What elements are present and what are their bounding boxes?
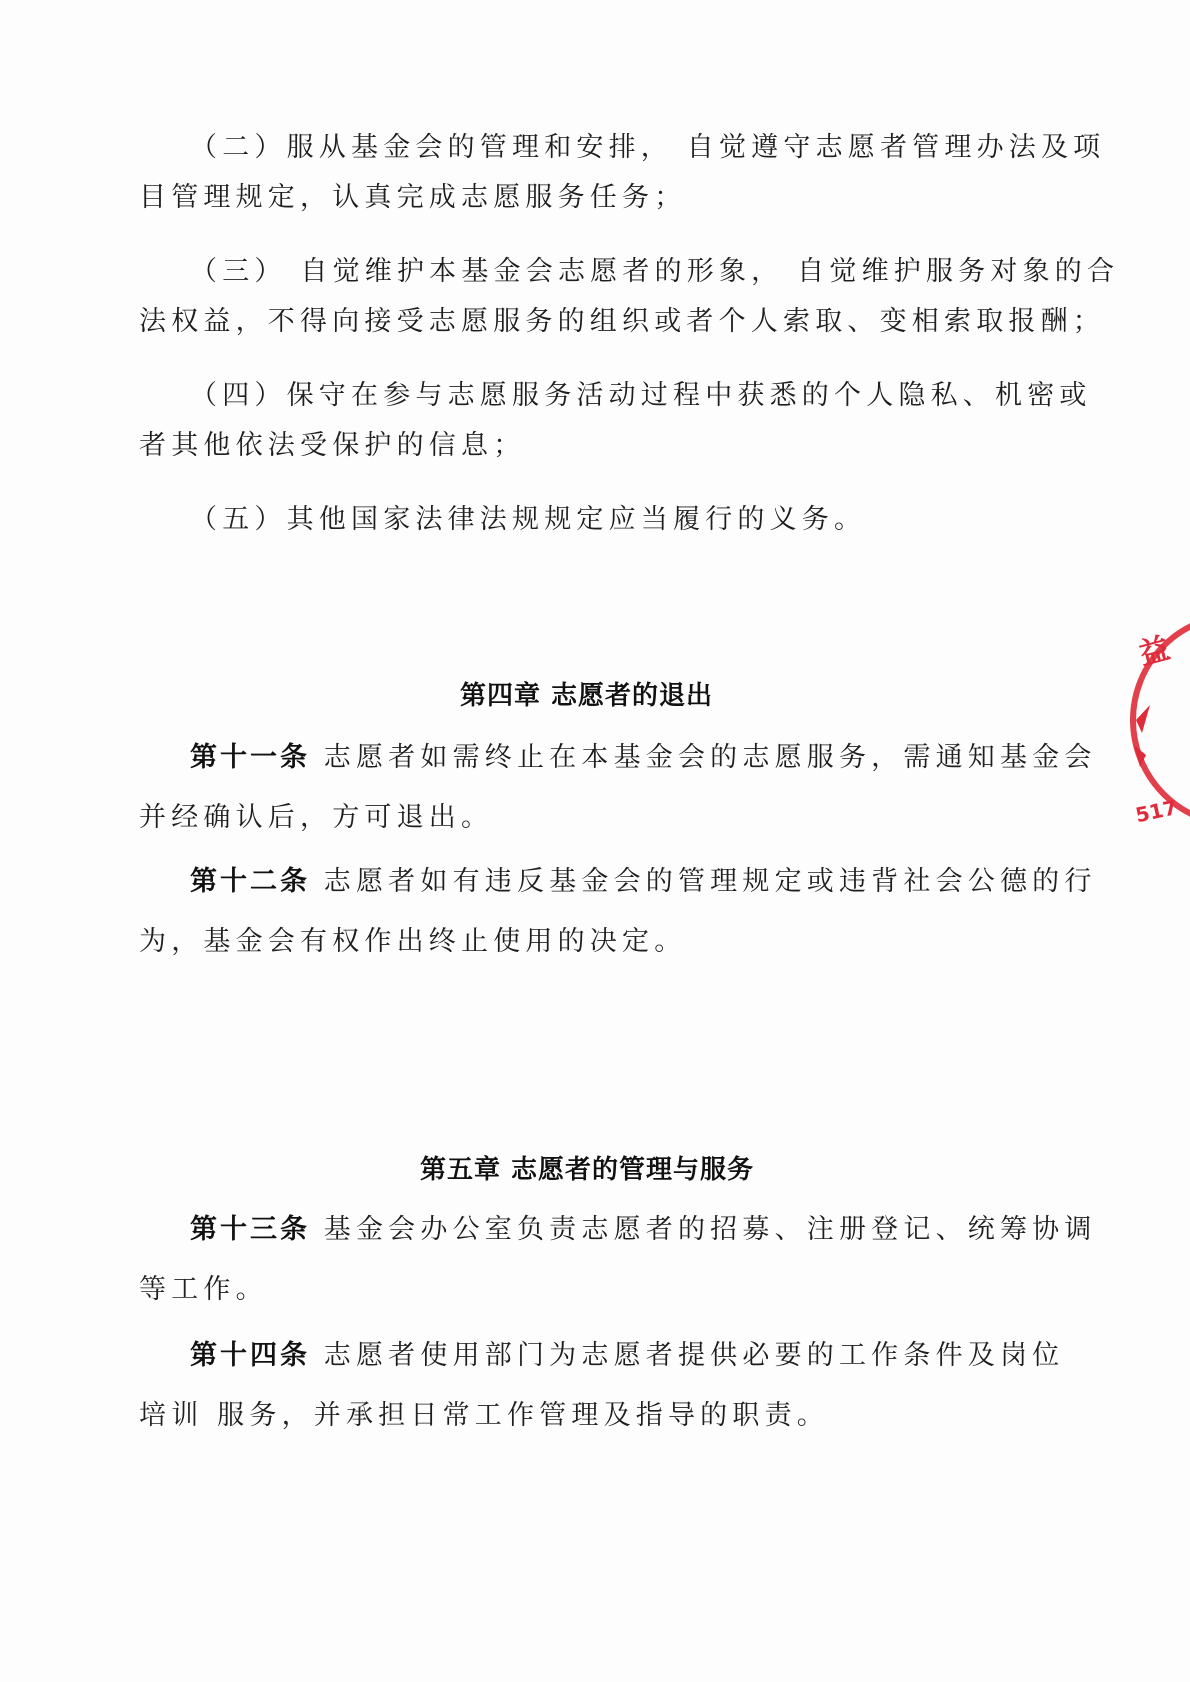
article-12-line-1: 第十二条 志愿者如有违反基金会的管理规定或违背社会公德的行 <box>190 862 1097 902</box>
article-13-number: 第十三条 <box>190 1214 310 1245</box>
seal-text: 益 <box>1135 631 1173 673</box>
article-12-text: 志愿者如有违反基金会的管理规定或违背社会公德的行 <box>310 866 1097 897</box>
item-4-line-1: （四）保守在参与志愿服务活动过程中获悉的个人隐私、机密或 <box>190 376 1092 416</box>
item-2-line-1: （二）服从基金会的管理和安排， 自觉遵守志愿者管理办法及项 <box>190 128 1105 168</box>
item-3-line-1: （三） 自觉维护本基金会志愿者的形象， 自觉维护服务对象的合 <box>190 252 1119 292</box>
article-11-line-1: 第十一条 志愿者如需终止在本基金会的志愿服务，需通知基金会 <box>190 738 1097 778</box>
article-11-text: 志愿者如需终止在本基金会的志愿服务，需通知基金会 <box>310 742 1097 773</box>
seal-number: 517 <box>1133 795 1179 827</box>
article-14-number: 第十四条 <box>190 1340 310 1371</box>
article-12-number: 第十二条 <box>190 866 310 897</box>
item-4-line-2: 者其他依法受保护的信息； <box>139 426 525 466</box>
article-13-text: 基金会办公室负责志愿者的招募、注册登记、统筹协调 <box>310 1214 1097 1245</box>
article-13-line-2: 等工作。 <box>139 1270 268 1310</box>
red-seal-stamp-icon: 益 517 <box>1128 605 1190 845</box>
article-14-line-1: 第十四条 志愿者使用部门为志愿者提供必要的工作条件及岗位 <box>190 1336 1064 1376</box>
item-2-line-2: 目管理规定，认真完成志愿服务任务； <box>139 178 686 218</box>
item-5-line-1: （五）其他国家法律法规规定应当履行的义务。 <box>190 500 866 540</box>
article-13-line-1: 第十三条 基金会办公室负责志愿者的招募、注册登记、统筹协调 <box>190 1210 1097 1250</box>
document-page: （二）服从基金会的管理和安排， 自觉遵守志愿者管理办法及项 目管理规定，认真完成… <box>0 0 1190 1682</box>
item-3-line-2: 法权益，不得向接受志愿服务的组织或者个人索取、变相索取报酬； <box>139 302 1105 342</box>
article-11-line-2: 并经确认后，方可退出。 <box>139 798 493 838</box>
article-12-line-2: 为，基金会有权作出终止使用的决定。 <box>139 922 686 962</box>
article-14-line-2: 培训 服务，并承担日常工作管理及指导的职责。 <box>139 1396 829 1436</box>
article-11-number: 第十一条 <box>190 742 310 773</box>
chapter-4-title: 第四章 志愿者的退出 <box>460 676 713 716</box>
chapter-5-title: 第五章 志愿者的管理与服务 <box>420 1150 754 1190</box>
article-14-text: 志愿者使用部门为志愿者提供必要的工作条件及岗位 <box>310 1340 1064 1371</box>
